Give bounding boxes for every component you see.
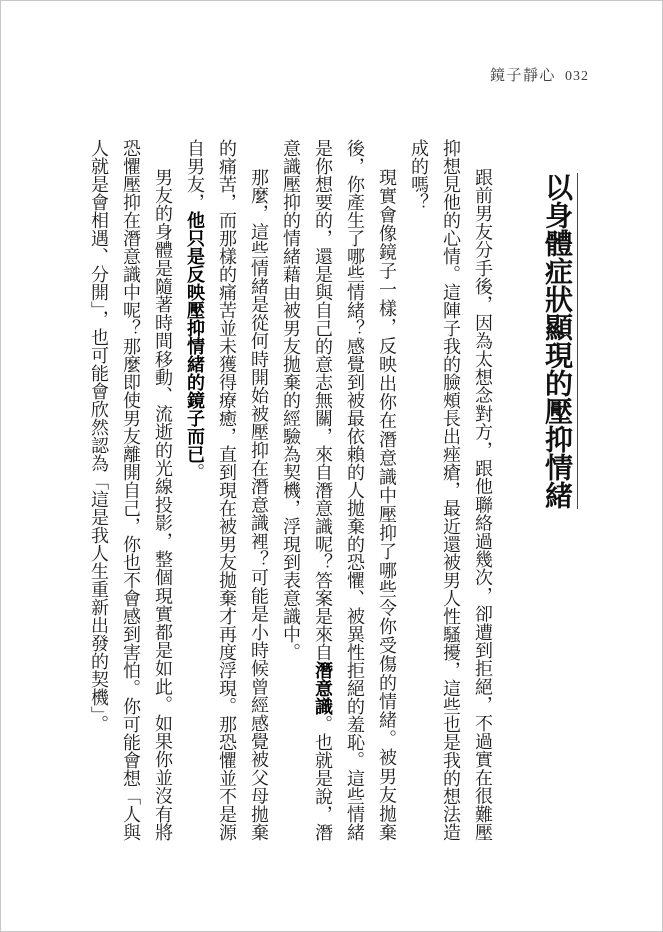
emphasis-text: 潛意識 bbox=[313, 661, 333, 715]
paragraph: 跟前男友分手後，因為太想念對方，跟他聯絡過幾次，卻遭到拒絕，不過實在很難壓抑想見… bbox=[403, 139, 499, 841]
running-head-page-number: 032 bbox=[565, 69, 589, 85]
body-text: 跟前男友分手後，因為太想念對方，跟他聯絡過幾次，卻遭到拒絕，不過實在很難壓抑想見… bbox=[83, 139, 499, 841]
running-head: 鏡子靜心 032 bbox=[490, 64, 589, 85]
paragraph-text: 。 bbox=[185, 463, 205, 481]
paragraph: 男友的身體是隨著時間移動、流逝的光線投影，整個現實都是如此。如果你並沒有將恐懼壓… bbox=[83, 139, 179, 841]
paragraph-text: 男友的身體是隨著時間移動、流逝的光線投影，整個現實都是如此。如果你並沒有將恐懼壓… bbox=[89, 139, 173, 841]
section-title: 以身體症狀顯現的壓抑情緒 bbox=[542, 173, 578, 509]
running-head-book-title: 鏡子靜心 bbox=[490, 64, 556, 85]
paragraph-text: 跟前男友分手後，因為太想念對方，跟他聯絡過幾次，卻遭到拒絕，不過實在很難壓抑想見… bbox=[409, 139, 493, 841]
paragraph: 那麼，這些情緒是從何時開始被壓抑在潛意識裡？可能是小時候曾經感覺被父母拋棄的痛苦… bbox=[179, 139, 275, 841]
emphasis-text: 他只是反映壓抑情緒的鏡子而已 bbox=[185, 211, 205, 463]
book-page: 鏡子靜心 032 以身體症狀顯現的壓抑情緒 跟前男友分手後，因為太想念對方，跟他… bbox=[0, 0, 663, 932]
paragraph: 現實會像鏡子一樣，反映出你在潛意識中壓抑了哪些令你受傷的情緒。被男友拋棄後，你產… bbox=[275, 139, 403, 841]
